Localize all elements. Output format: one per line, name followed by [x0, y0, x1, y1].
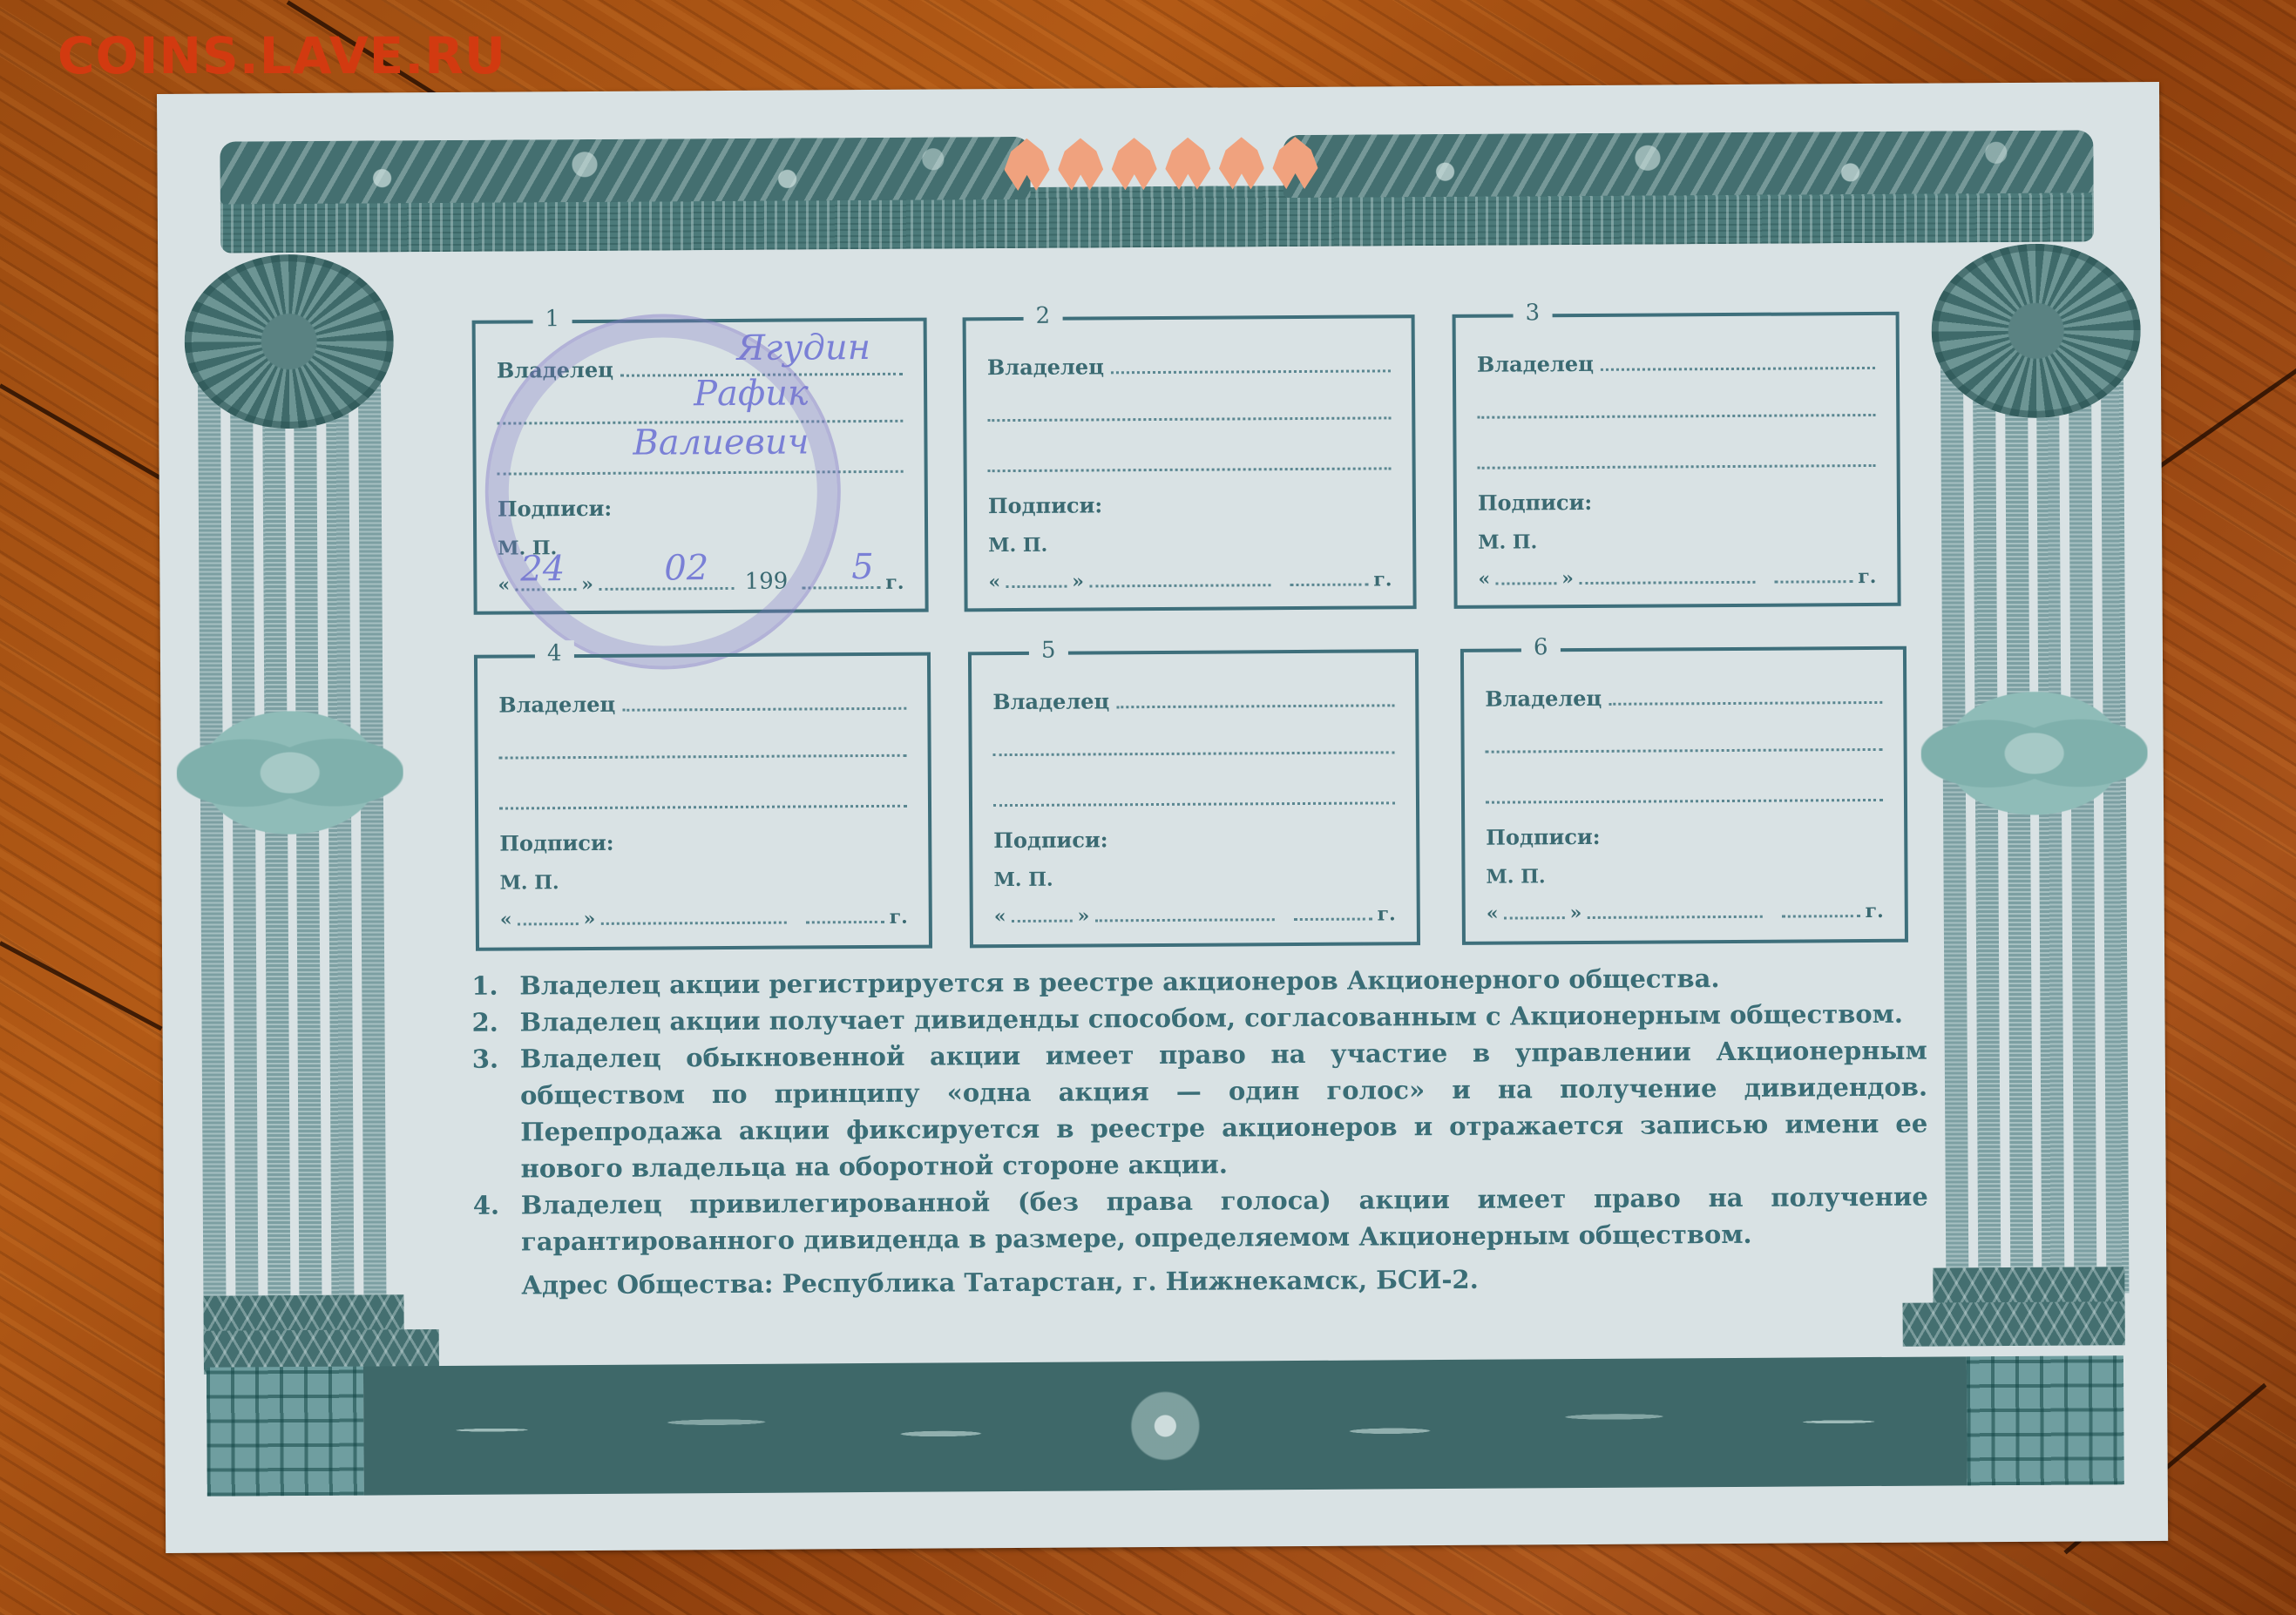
signatures-label: Подписи: [993, 827, 1107, 853]
rosette-midband [176, 693, 403, 852]
owner-line-2[interactable] [499, 736, 907, 765]
handwritten-owner-line: Валиевич [633, 424, 809, 460]
owner-line-2[interactable] [1486, 730, 1883, 759]
owner-line-3[interactable] [1486, 780, 1883, 809]
note-number: 4. [473, 1186, 522, 1260]
endorsement-box-6: 6 Владелец Подписи: М. П. « » г. [1460, 646, 1908, 945]
greek-key-panel-left [207, 1367, 364, 1497]
note-number: 2. [471, 1003, 519, 1040]
date-open-quote: « [500, 909, 512, 931]
floor-seam [0, 941, 163, 1030]
owner-field-3[interactable] [1486, 799, 1883, 804]
owner-label: Владелец [992, 688, 1109, 714]
year-suffix: г. [1373, 568, 1392, 591]
date-close-quote: » [1077, 904, 1089, 927]
company-address: Адрес Общества: Республика Татарстан, г.… [521, 1259, 1928, 1304]
handwritten-month: 02 [664, 551, 708, 585]
box-number: 4 [535, 640, 574, 666]
owner-field[interactable] [1111, 369, 1391, 374]
handwritten-owner-line: Рафик [694, 375, 809, 411]
note-item: 4.Владелец привилегированной (без права … [473, 1179, 1928, 1260]
note-item: 3.Владелец обыкновенной акции имеет прав… [472, 1032, 1928, 1187]
note-number: 3. [472, 1040, 521, 1186]
seal-place-label: М. П. [1486, 865, 1545, 888]
owner-line-3[interactable] [988, 449, 1392, 477]
owner-label: Владелец [1485, 686, 1602, 712]
owner-line-3[interactable] [499, 787, 907, 815]
acanthus-scroll-right [1283, 130, 2093, 198]
owner-field-2[interactable] [499, 754, 907, 760]
endorsement-box-2: 2 Владелец Подписи: М. П. « » г. [963, 314, 1417, 612]
signatures-label: Подписи: [1478, 490, 1592, 516]
month-field[interactable] [1579, 581, 1755, 585]
owner-field-2[interactable] [993, 751, 1395, 756]
owner-label: Владелец [498, 692, 615, 718]
share-certificate-reverse: 1 Владелец Подписи: М. П. « » 199 г. Ягу… [157, 82, 2168, 1553]
acanthus-band [363, 1356, 1968, 1495]
owner-field[interactable] [622, 707, 906, 712]
date-line[interactable]: « » г. [994, 899, 1396, 928]
owner-field[interactable] [1601, 367, 1875, 371]
year-field[interactable] [806, 921, 884, 924]
date-line[interactable]: « » г. [1487, 896, 1884, 925]
month-field[interactable] [1094, 918, 1274, 922]
seal-place-label: М. П. [988, 534, 1047, 557]
greek-key-panel-right [1967, 1355, 2124, 1485]
site-watermark: COINS.LAVE.RU [58, 26, 506, 85]
column-plinth [1903, 1301, 2125, 1347]
owner-line[interactable]: Владелец [1485, 683, 1882, 712]
signatures-label: Подписи: [988, 492, 1102, 518]
date-close-quote: » [581, 573, 593, 596]
note-text: Владелец привилегированной (без права го… [521, 1179, 1928, 1260]
seal-place-label: М. П. [993, 868, 1053, 891]
owner-field-2[interactable] [1477, 414, 1875, 419]
date-line[interactable]: « » г. [500, 902, 908, 931]
day-field[interactable] [518, 922, 579, 925]
year-prefix: 199 [745, 569, 789, 595]
owner-line-3[interactable] [1478, 446, 1876, 475]
year-field[interactable] [1782, 915, 1860, 918]
owner-label: Владелец [497, 357, 613, 383]
box-number: 3 [1513, 300, 1552, 326]
endorsement-box-5: 5 Владелец Подписи: М. П. « » г. [968, 649, 1420, 948]
terms-notes: 1.Владелец акции регистрируется в реестр… [471, 959, 1928, 1304]
date-close-quote: » [1569, 902, 1581, 924]
owner-field-3[interactable] [498, 470, 904, 476]
year-suffix: г. [1378, 902, 1396, 925]
top-frieze-ornament [220, 130, 2094, 263]
box-number: 6 [1521, 634, 1561, 660]
year-field[interactable] [1294, 917, 1372, 921]
owner-field-3[interactable] [988, 467, 1392, 472]
note-text: Владелец обыкновенной акции имеет право … [520, 1032, 1928, 1187]
date-line[interactable]: « » г. [1478, 562, 1876, 591]
day-field[interactable] [1006, 585, 1067, 588]
year-suffix: г. [890, 906, 908, 929]
notes-list: 1.Владелец акции регистрируется в реестр… [471, 959, 1928, 1260]
date-line[interactable]: « » г. [988, 564, 1392, 593]
owner-field-3[interactable] [1478, 464, 1876, 470]
owner-line-2[interactable] [987, 398, 1391, 427]
owner-line[interactable]: Владелец [1477, 348, 1875, 377]
owner-field[interactable] [1116, 704, 1394, 708]
acanthus-scroll-left [220, 137, 1030, 205]
handwritten-owner-line: Ягудин [737, 330, 870, 366]
owner-field-2[interactable] [987, 416, 1391, 422]
owner-line-2[interactable] [1477, 395, 1875, 424]
owner-line-2[interactable] [993, 733, 1395, 761]
year-field[interactable] [1774, 580, 1852, 584]
date-open-quote: « [498, 574, 510, 597]
signatures-label: Подписи: [498, 496, 612, 522]
rosette-midband [1920, 674, 2148, 833]
endorsement-box-1: 1 Владелец Подписи: М. П. « » 199 г. Ягу… [472, 318, 929, 615]
owner-line[interactable]: Владелец [987, 351, 1391, 380]
owner-line[interactable]: Владелец [498, 689, 906, 718]
owner-line[interactable]: Владелец [992, 686, 1394, 714]
date-close-quote: » [1072, 571, 1084, 593]
owner-field-3[interactable] [499, 805, 907, 810]
note-number: 1. [471, 967, 519, 1003]
box-number: 5 [1029, 638, 1068, 664]
day-field[interactable] [1504, 916, 1565, 919]
month-field[interactable] [1089, 584, 1270, 587]
month-field[interactable] [600, 922, 786, 925]
owner-label: Владелец [1477, 351, 1594, 377]
date-open-quote: « [1487, 902, 1499, 925]
owner-field-3[interactable] [993, 801, 1395, 807]
date-open-quote: « [988, 571, 1000, 593]
endorsement-box-3: 3 Владелец Подписи: М. П. « » г. [1453, 312, 1901, 609]
date-open-quote: « [994, 905, 1006, 928]
year-field[interactable] [1290, 584, 1368, 587]
day-field[interactable] [1495, 582, 1556, 585]
endorsement-box-4: 4 Владелец Подписи: М. П. « » г. [474, 652, 932, 951]
owner-field[interactable] [1609, 701, 1882, 706]
date-close-quote: » [1561, 567, 1574, 590]
year-suffix: г. [1866, 900, 1884, 922]
owner-field-2[interactable] [1486, 748, 1883, 753]
handwritten-year-digit: 5 [851, 550, 874, 585]
year-suffix: г. [1858, 565, 1876, 588]
date-close-quote: » [583, 908, 595, 930]
seal-place-label: М. П. [499, 871, 559, 894]
rosette-capital [1931, 243, 2141, 418]
box-number: 2 [1023, 303, 1062, 329]
signatures-label: Подписи: [1486, 824, 1600, 850]
bottom-frieze-ornament [207, 1355, 2124, 1496]
palmette-fan-ornament [1004, 137, 1317, 193]
date-open-quote: « [1478, 568, 1490, 591]
box-number: 1 [532, 306, 572, 332]
day-field[interactable] [1012, 920, 1073, 922]
year-suffix: г. [885, 571, 904, 594]
owner-label: Владелец [987, 354, 1104, 380]
seal-place-label: М. П. [1478, 530, 1537, 553]
signatures-label: Подписи: [499, 830, 613, 856]
month-field[interactable] [1587, 916, 1762, 919]
owner-line-3[interactable] [993, 783, 1395, 812]
handwritten-day: 24 [520, 551, 565, 586]
rosette-capital [184, 253, 394, 429]
